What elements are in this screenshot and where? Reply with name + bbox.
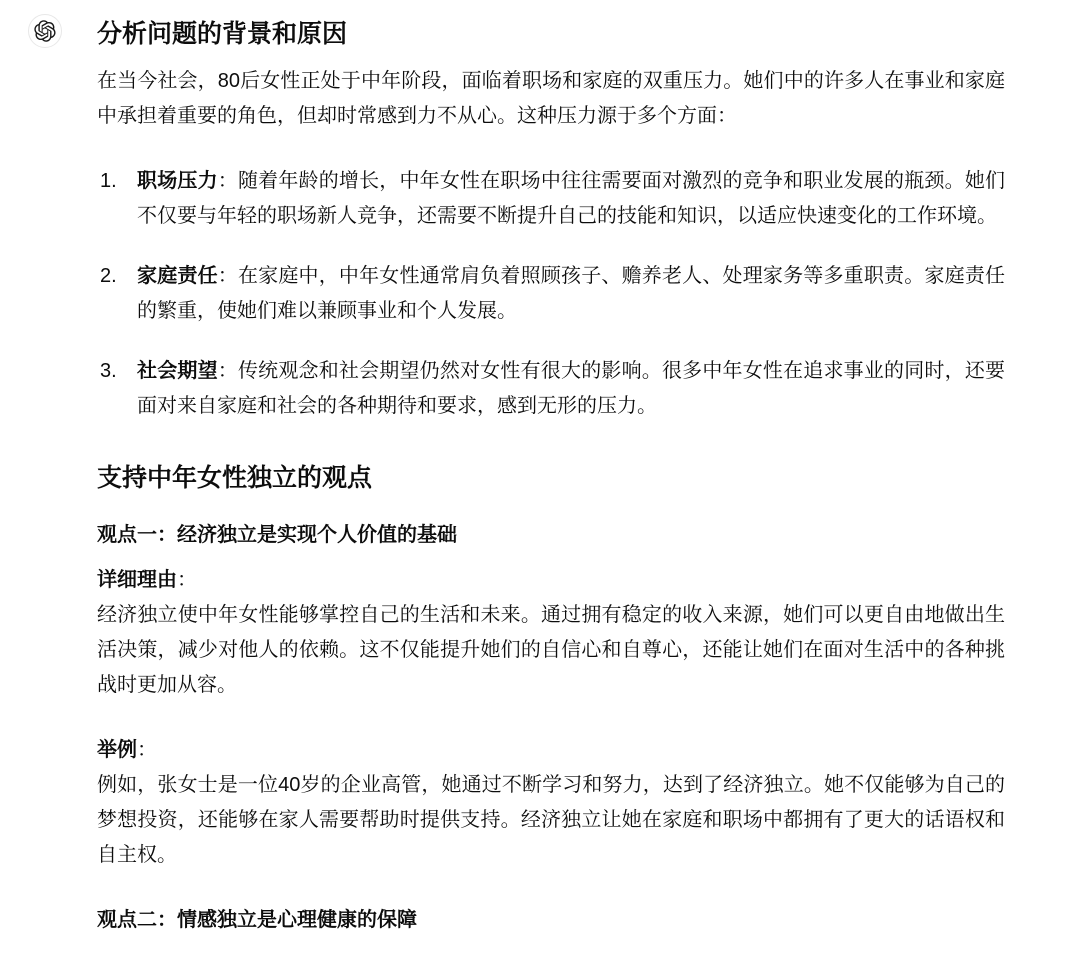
pressure-list: 1. 职场压力：随着年龄的增长，中年女性在职场中往往需要面对激烈的竞争和职业发展… [97,164,1005,424]
assistant-avatar [28,14,62,48]
list-marker: 3. [100,354,117,389]
heading-viewpoints: 支持中年女性独立的观点 [97,462,1005,494]
example-colon: ： [137,739,157,761]
list-item-text: ：在家庭中，中年女性通常肩负着照顾孩子、赡养老人、处理家务等多重职责。家庭责任的… [137,265,1005,322]
list-item: 1. 职场压力：随着年龄的增长，中年女性在职场中往往需要面对激烈的竞争和职业发展… [137,164,1005,234]
list-item-label: 社会期望 [137,360,218,382]
list-marker: 2. [100,259,117,294]
heading-background-and-causes: 分析问题的背景和原因 [97,18,1005,50]
assistant-message-body: 分析问题的背景和原因 在当今社会，80后女性正处于中年阶段，面临着职场和家庭的双… [97,18,1005,938]
example-label: 举例 [97,739,137,761]
example-text: 例如，张女士是一位40岁的企业高管，她通过不断学习和努力，达到了经济独立。她不仅… [97,774,1005,866]
list-item-label: 家庭责任 [137,265,218,287]
viewpoint-1-title: 观点一：经济独立是实现个人价值的基础 [97,518,1005,553]
list-item: 3. 社会期望：传统观念和社会期望仍然对女性有很大的影响。很多中年女性在追求事业… [137,354,1005,424]
list-item: 2. 家庭责任：在家庭中，中年女性通常肩负着照顾孩子、赡养老人、处理家务等多重职… [137,259,1005,329]
reason-paragraph: 详细理由： 经济独立使中年女性能够掌控自己的生活和未来。通过拥有稳定的收入来源，… [97,563,1005,703]
example-paragraph: 举例： 例如，张女士是一位40岁的企业高管，她通过不断学习和努力，达到了经济独立… [97,733,1005,873]
openai-logo-icon [34,20,56,42]
reason-colon: ： [177,569,197,591]
reason-text: 经济独立使中年女性能够掌控自己的生活和未来。通过拥有稳定的收入来源，她们可以更自… [97,604,1005,696]
reason-label: 详细理由 [97,569,177,591]
intro-paragraph: 在当今社会，80后女性正处于中年阶段，面临着职场和家庭的双重压力。她们中的许多人… [97,64,1005,134]
viewpoint-2-title: 观点二：情感独立是心理健康的保障 [97,903,1005,938]
assistant-message: 分析问题的背景和原因 在当今社会，80后女性正处于中年阶段，面临着职场和家庭的双… [0,0,1080,948]
list-item-text: ：传统观念和社会期望仍然对女性有很大的影响。很多中年女性在追求事业的同时，还要面… [137,360,1005,417]
list-item-text: ：随着年龄的增长，中年女性在职场中往往需要面对激烈的竞争和职业发展的瓶颈。她们不… [137,170,1005,227]
list-marker: 1. [100,164,117,199]
list-item-label: 职场压力 [137,170,218,192]
